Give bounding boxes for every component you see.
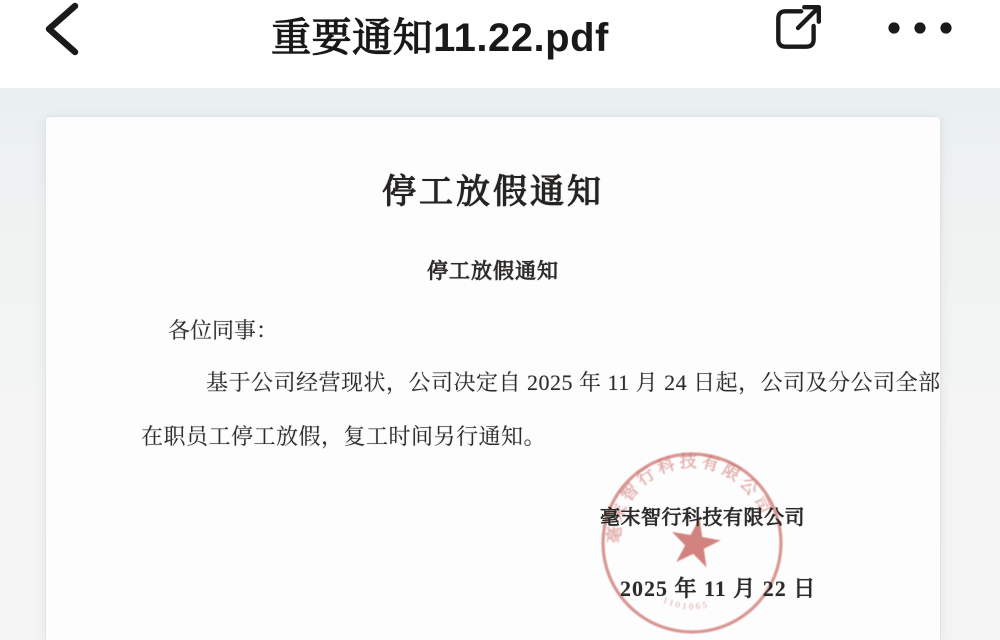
notice-subtitle: 停工放假通知 — [46, 255, 940, 285]
document-filename: 重要通知11.22.pdf — [115, 6, 765, 63]
signature-company: 毫末智行科技有限公司 — [600, 501, 805, 530]
pdf-viewer-screen: 重要通知11.22.pdf 停工放假通知 停工放假通知 各位同事： 基于公司经营… — [0, 0, 1000, 640]
notice-title: 停工放假通知 — [46, 164, 940, 213]
back-button[interactable] — [38, 1, 94, 57]
header-bar: 重要通知11.22.pdf — [0, 0, 1000, 88]
signature-date: 2025 年 11 月 22 日 — [620, 572, 816, 603]
ellipsis-icon — [884, 20, 956, 36]
share-icon — [770, 3, 824, 55]
company-seal-stamp: 毫末智行科技有限公司 1101065 — [596, 447, 788, 639]
body-line: 基于公司经营现状，公司决定自 2025 年 11 月 24 日起，公司及分公司全… — [206, 366, 941, 397]
viewer-scroll-area[interactable]: 停工放假通知 停工放假通知 各位同事： 基于公司经营现状，公司决定自 2025 … — [0, 88, 1000, 640]
chevron-left-icon — [38, 2, 82, 56]
more-button[interactable] — [884, 10, 964, 46]
salutation: 各位同事： — [168, 314, 278, 345]
share-button[interactable] — [770, 2, 828, 56]
pdf-page: 停工放假通知 停工放假通知 各位同事： 基于公司经营现状，公司决定自 2025 … — [45, 116, 941, 640]
body-line: 在职员工停工放假，复工时间另行通知。 — [141, 420, 546, 451]
